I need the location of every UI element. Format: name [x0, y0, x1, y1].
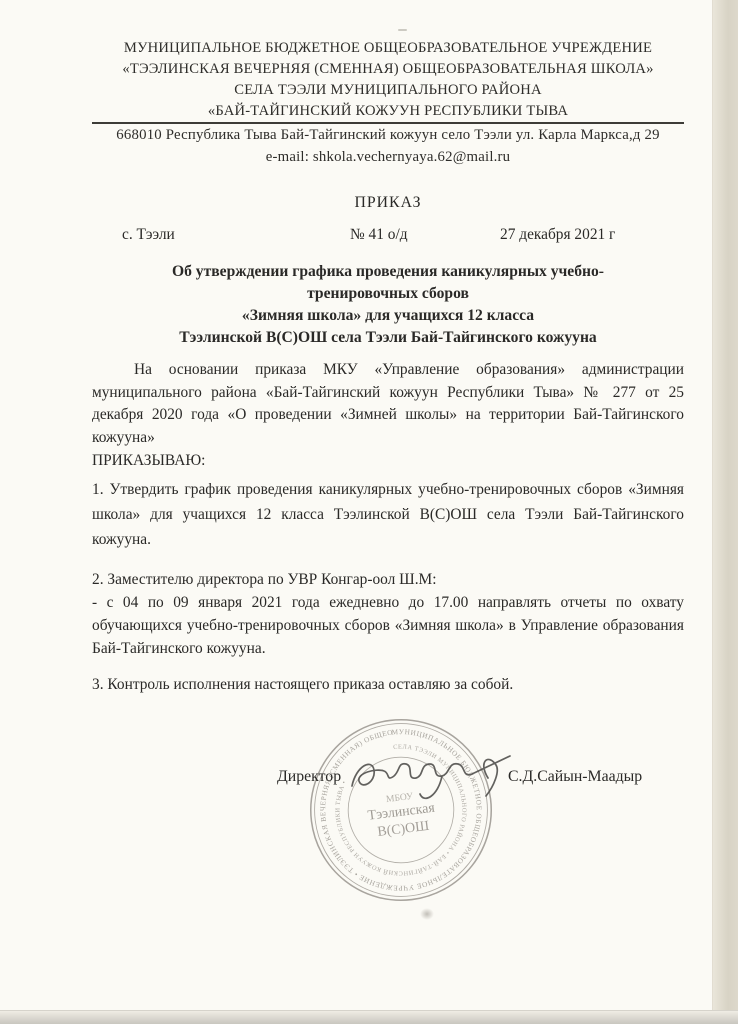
scan-edge-bottom	[0, 1010, 738, 1024]
document-content: МУНИЦИПАЛЬНОЕ БЮДЖЕТНОЕ ОБЩЕОБРАЗОВАТЕЛЬ…	[92, 0, 684, 696]
order-title-line: «Зимняя школа» для учащихся 12 класса	[92, 305, 684, 327]
letterhead-line: МУНИЦИПАЛЬНОЕ БЮДЖЕТНОЕ ОБЩЕОБРАЗОВАТЕЛЬ…	[92, 38, 684, 59]
order-title-line: Тээлинской В(С)ОШ села Тээли Бай-Тайгинс…	[92, 327, 684, 349]
signature-scribble	[342, 748, 520, 818]
scan-smudge	[420, 908, 434, 920]
preamble-paragraph: На основании приказа МКУ «Управление обр…	[92, 359, 684, 449]
letterhead-line-underlined: «БАЙ-ТАЙГИНСКИЙ КОЖУУН РЕСПУБЛИКИ ТЫВА	[92, 101, 684, 124]
order-item-2: 2. Заместителю директора по УВР Конгар-о…	[92, 568, 684, 591]
address-line: 668010 Республика Тыва Бай-Тайгинский ко…	[92, 125, 684, 146]
order-number: № 41 о/д	[350, 226, 408, 244]
letterhead-line: «ТЭЭЛИНСКАЯ ВЕЧЕРНЯЯ (СМЕННАЯ) ОБЩЕОБРАЗ…	[92, 59, 684, 80]
stamp-center-school-type: В(С)ОШ	[377, 819, 430, 840]
letterhead-line: СЕЛА ТЭЭЛИ МУНИЦИПАЛЬНОГО РАЙОНА	[92, 80, 684, 101]
email-line: e-mail: shkola.vechernyaya.62@mail.ru	[92, 147, 684, 168]
order-place: с. Тээли	[122, 226, 175, 244]
signature-role: Директор	[277, 768, 341, 786]
scan-edge-right	[712, 0, 738, 1024]
order-item-3: 3. Контроль исполнения настоящего приказ…	[92, 673, 684, 696]
scanned-document-page: МУНИЦИПАЛЬНОЕ БЮДЖЕТНОЕ ОБЩЕОБРАЗОВАТЕЛЬ…	[0, 0, 738, 1024]
order-title-line: Об утверждении графика проведения канику…	[92, 261, 684, 283]
order-date: 27 декабря 2021 г	[500, 226, 615, 244]
order-body: На основании приказа МКУ «Управление обр…	[92, 359, 684, 696]
order-item-2-subitem: - с 04 по 09 января 2021 года ежедневно …	[92, 591, 684, 660]
order-heading: ПРИКАЗ	[92, 194, 684, 212]
letterhead: МУНИЦИПАЛЬНОЕ БЮДЖЕТНОЕ ОБЩЕОБРАЗОВАТЕЛЬ…	[92, 38, 684, 168]
order-title-line: тренировочных сборов	[92, 283, 684, 305]
order-item-1: 1. Утвердить график проведения каникуляр…	[92, 477, 684, 552]
order-title: Об утверждении графика проведения канику…	[92, 261, 684, 349]
signature-name: С.Д.Сайын-Маадыр	[508, 768, 642, 786]
resolve-line: ПРИКАЗЫВАЮ:	[92, 449, 684, 472]
order-meta-row: с. Тээли № 41 о/д 27 декабря 2021 г	[92, 226, 684, 248]
